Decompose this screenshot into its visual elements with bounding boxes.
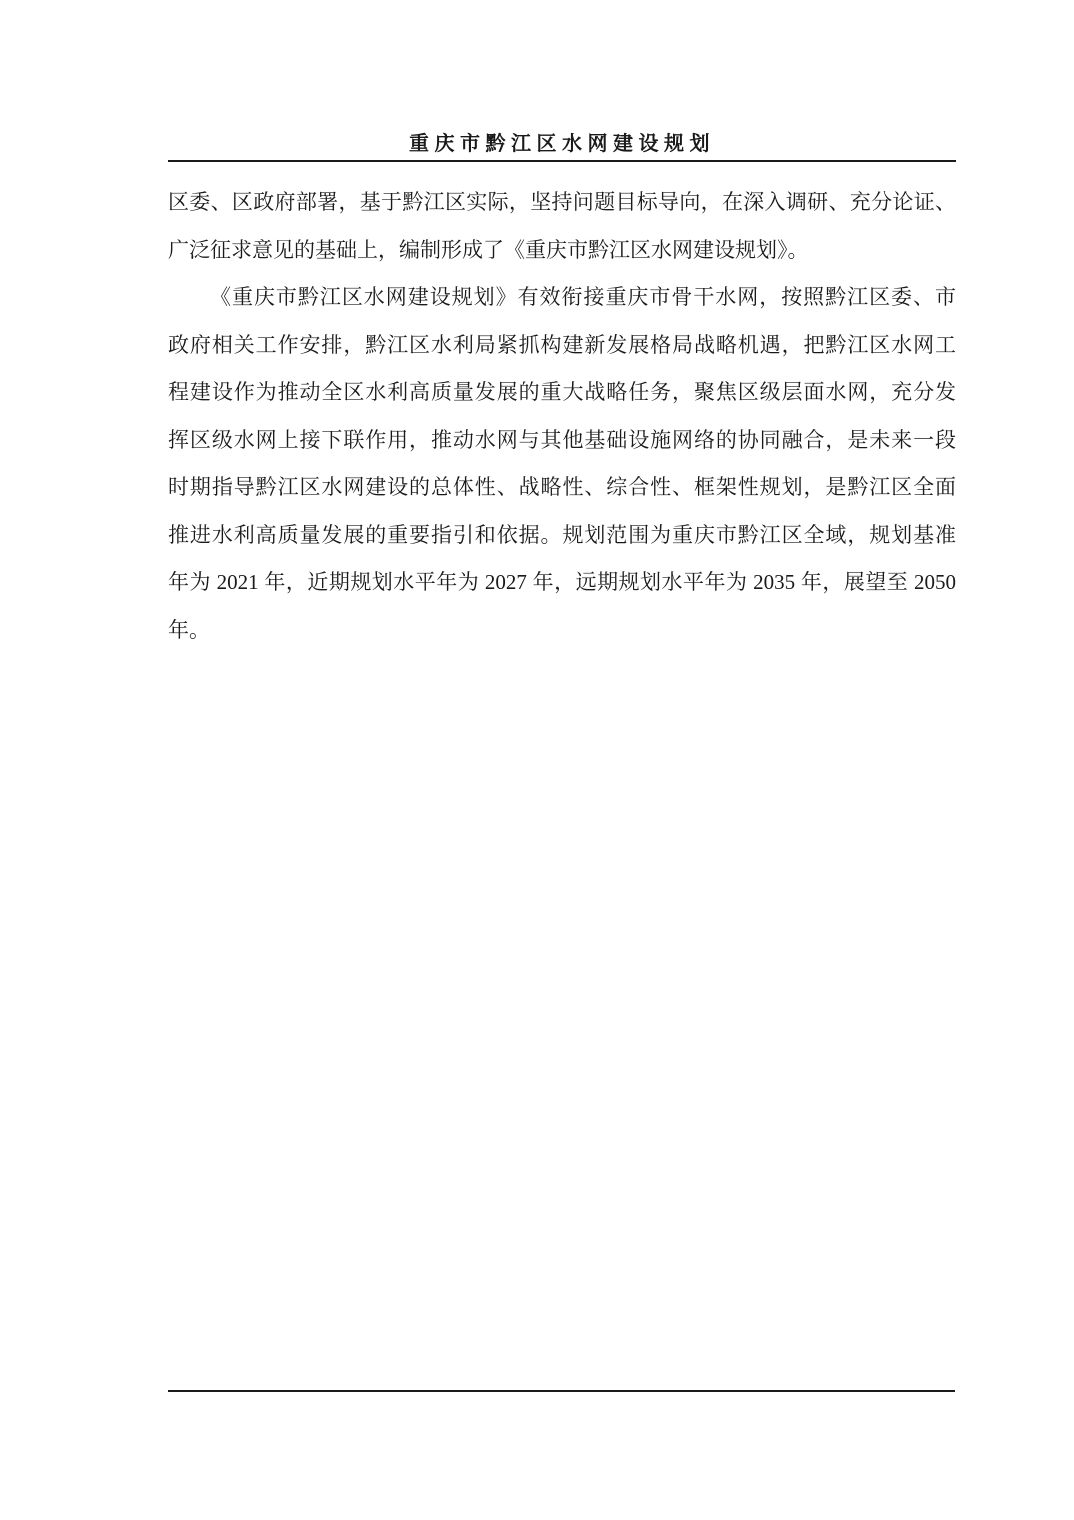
text-line: 《重庆市黔江区水网建设规划》有效衔接重庆市骨干水网，按照黔江区委、市 bbox=[168, 274, 956, 322]
text-line: 时期指导黔江区水网建设的总体性、战略性、综合性、框架性规划，是黔江区全面 bbox=[168, 464, 956, 512]
paragraph-2: 《重庆市黔江区水网建设规划》有效衔接重庆市骨干水网，按照黔江区委、市 政府相关工… bbox=[168, 274, 956, 654]
text-line: 年。 bbox=[168, 607, 956, 655]
text-line: 广泛征求意见的基础上，编制形成了《重庆市黔江区水网建设规划》。 bbox=[168, 227, 956, 275]
text-line: 区委、区政府部署，基于黔江区实际，坚持问题目标导向，在深入调研、充分论证、 bbox=[168, 179, 956, 227]
header-rule bbox=[168, 160, 956, 162]
text-line: 程建设作为推动全区水利高质量发展的重大战略任务，聚焦区级层面水网，充分发 bbox=[168, 369, 956, 417]
text-line: 推进水利高质量发展的重要指引和依据。规划范围为重庆市黔江区全域，规划基准 bbox=[168, 512, 956, 560]
text-line: 挥区级水网上接下联作用，推动水网与其他基础设施网络的协同融合，是未来一段 bbox=[168, 417, 956, 465]
document-body: 区委、区政府部署，基于黔江区实际，坚持问题目标导向，在深入调研、充分论证、 广泛… bbox=[168, 179, 956, 654]
paragraph-1: 区委、区政府部署，基于黔江区实际，坚持问题目标导向，在深入调研、充分论证、 广泛… bbox=[168, 179, 956, 274]
footer-rule bbox=[168, 1390, 955, 1392]
page-header-title: 重庆市黔江区水网建设规划 bbox=[168, 127, 956, 156]
document-page: 重庆市黔江区水网建设规划 区委、区政府部署，基于黔江区实际，坚持问题目标导向，在… bbox=[0, 0, 1074, 1520]
text-line: 年为 2021 年，近期规划水平年为 2027 年，远期规划水平年为 2035 … bbox=[168, 559, 956, 607]
text-line: 政府相关工作安排，黔江区水利局紧抓构建新发展格局战略机遇，把黔江区水网工 bbox=[168, 322, 956, 370]
